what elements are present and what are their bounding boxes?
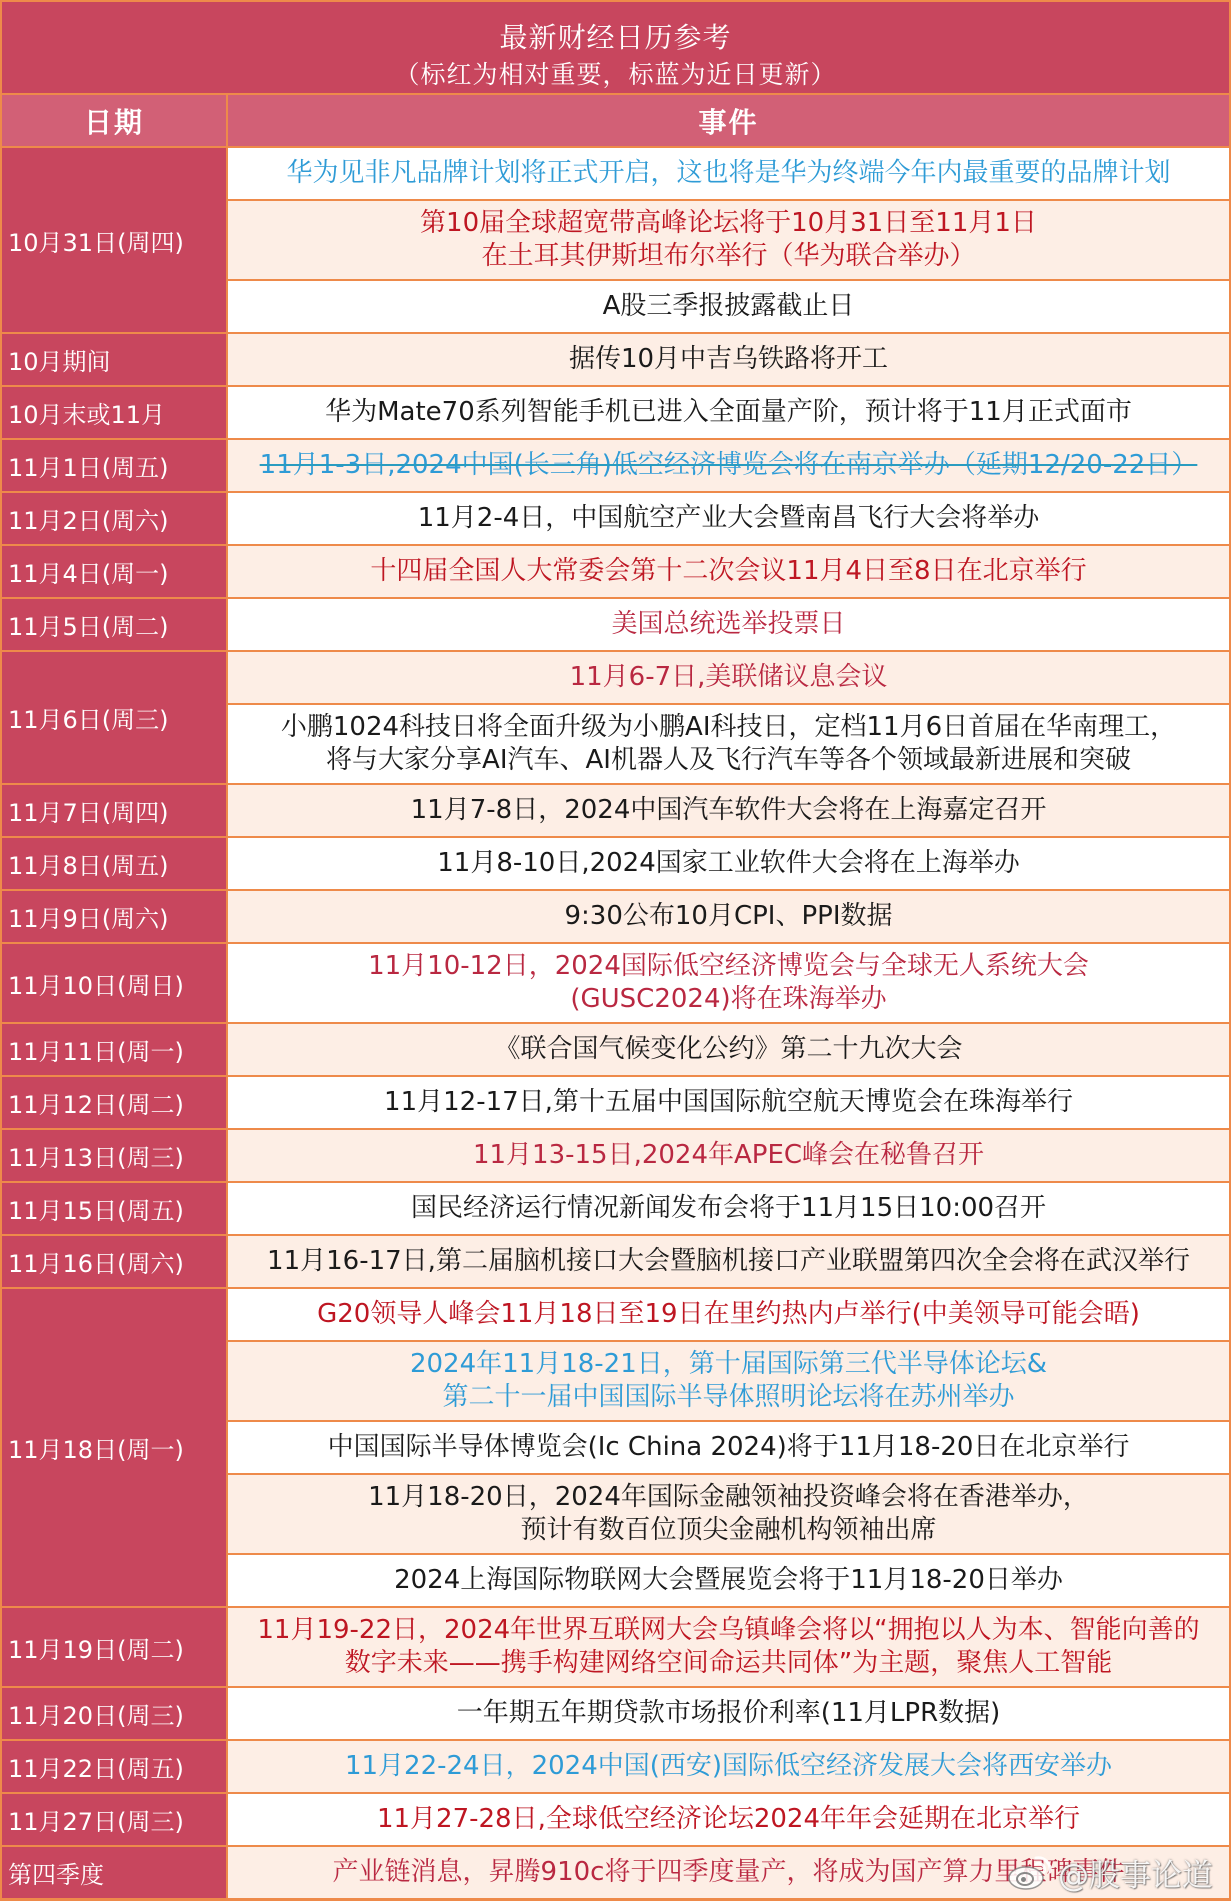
event-cell: 11月13-15日,2024年APEC峰会在秘鲁召开 [228, 1130, 1229, 1181]
date-cell: 11月18日(周一) [2, 1289, 226, 1606]
event-cell: 华为Mate70系列智能手机已进入全面量产阶，预计将于11月正式面市 [228, 387, 1229, 438]
date-cell: 11月19日(周二) [2, 1608, 226, 1686]
event-cell: A股三季报披露截止日 [228, 281, 1229, 332]
date-cell: 11月6日(周三) [2, 652, 226, 783]
date-cell: 11月2日(周六) [2, 493, 226, 544]
date-cell: 10月末或11月 [2, 387, 226, 438]
date-cell: 10月期间 [2, 334, 226, 385]
event-cell: 11月6-7日,美联储议息会议 [228, 652, 1229, 703]
date-cell: 11月1日(周五) [2, 440, 226, 491]
date-cell: 11月7日(周四) [2, 785, 226, 836]
date-cell: 11月20日(周三) [2, 1688, 226, 1739]
page-title: 最新财经日历参考 [499, 19, 731, 56]
event-cell: 十四届全国人大常委会第十二次会议11月4日至8日在北京举行 [228, 546, 1229, 597]
event-cell: 11月19-22日，2024年世界互联网大会乌镇峰会将以“拥抱以人为本、智能向善… [228, 1608, 1229, 1686]
event-cell: 2024上海国际物联网大会暨展览会将于11月18-20日举办 [228, 1555, 1229, 1606]
date-cell: 11月11日(周一) [2, 1024, 226, 1075]
date-cell: 11月9日(周六) [2, 891, 226, 942]
event-cell: 中国国际半导体博览会(Ic China 2024)将于11月18-20日在北京举… [228, 1422, 1229, 1473]
date-cell: 11月13日(周三) [2, 1130, 226, 1181]
event-cell: 小鹏1024科技日将全面升级为小鹏AI科技日，定档11月6日首届在华南理工， 将… [228, 705, 1229, 783]
date-cell: 11月10日(周日) [2, 944, 226, 1022]
date-cell: 11月27日(周三) [2, 1794, 226, 1845]
event-cell: 华为见非凡品牌计划将正式开启，这也将是华为终端今年内最重要的品牌计划 [228, 148, 1229, 199]
event-cell: 第10届全球超宽带高峰论坛将于10月31日至11月1日 在土耳其伊斯坦布尔举行（… [228, 201, 1229, 279]
finance-calendar-table: 最新财经日历参考 （标红为相对重要，标蓝为近日更新） 日期 事件 10月31日(… [0, 0, 1231, 1901]
event-cell: 11月10-12日，2024国际低空经济博览会与全球无人系统大会 (GUSC20… [228, 944, 1229, 1022]
column-header-date: 日期 [2, 95, 226, 146]
event-cell: 11月7-8日，2024中国汽车软件大会将在上海嘉定召开 [228, 785, 1229, 836]
date-cell: 11月8日(周五) [2, 838, 226, 889]
event-cell: 国民经济运行情况新闻发布会将于11月15日10:00召开 [228, 1183, 1229, 1234]
date-cell: 11月4日(周一) [2, 546, 226, 597]
event-cell: 11月22-24日，2024中国(西安)国际低空经济发展大会将西安举办 [228, 1741, 1229, 1792]
event-cell: 11月27-28日,全球低空经济论坛2024年年会延期在北京举行 [228, 1794, 1229, 1845]
event-cell: 11月18-20日，2024年国际金融领袖投资峰会将在香港举办， 预计有数百位顶… [228, 1475, 1229, 1553]
date-cell: 11月16日(周六) [2, 1236, 226, 1287]
date-cell: 10月31日(周四) [2, 148, 226, 332]
date-cell: 11月15日(周五) [2, 1183, 226, 1234]
event-cell: 据传10月中吉乌铁路将开工 [228, 334, 1229, 385]
event-cell: 《联合国气候变化公约》第二十九次大会 [228, 1024, 1229, 1075]
title-banner: 最新财经日历参考 （标红为相对重要，标蓝为近日更新） [2, 2, 1229, 93]
event-cell: 11月16-17日,第二届脑机接口大会暨脑机接口产业联盟第四次全会将在武汉举行 [228, 1236, 1229, 1287]
event-cell: 美国总统选举投票日 [228, 599, 1229, 650]
date-cell: 11月12日(周二) [2, 1077, 226, 1128]
event-cell: G20领导人峰会11月18日至19日在里约热内卢举行(中美领导可能会晤) [228, 1289, 1229, 1340]
event-cell: 11月8-10日,2024国家工业软件大会将在上海举办 [228, 838, 1229, 889]
date-cell: 11月5日(周二) [2, 599, 226, 650]
column-header-event: 事件 [228, 95, 1229, 146]
date-cell: 第四季度 [2, 1847, 226, 1898]
event-cell: 11月2-4日，中国航空产业大会暨南昌飞行大会将举办 [228, 493, 1229, 544]
event-cell: 11月1-3日,2024中国(长三角)低空经济博览会将在南京举办（延期12/20… [228, 440, 1229, 491]
event-cell: 一年期五年期贷款市场报价利率(11月LPR数据) [228, 1688, 1229, 1739]
event-cell: 9:30公布10月CPI、PPI数据 [228, 891, 1229, 942]
event-cell: 产业链消息，昇腾910c将于四季度量产，将成为国产算力里程碑事件 [228, 1847, 1229, 1898]
event-cell: 2024年11月18-21日，第十届国际第三代半导体论坛& 第二十一届中国国际半… [228, 1342, 1229, 1420]
date-cell: 11月22日(周五) [2, 1741, 226, 1792]
event-cell: 11月12-17日,第十五届中国国际航空航天博览会在珠海举行 [228, 1077, 1229, 1128]
page-subtitle: （标红为相对重要，标蓝为近日更新） [394, 56, 836, 93]
